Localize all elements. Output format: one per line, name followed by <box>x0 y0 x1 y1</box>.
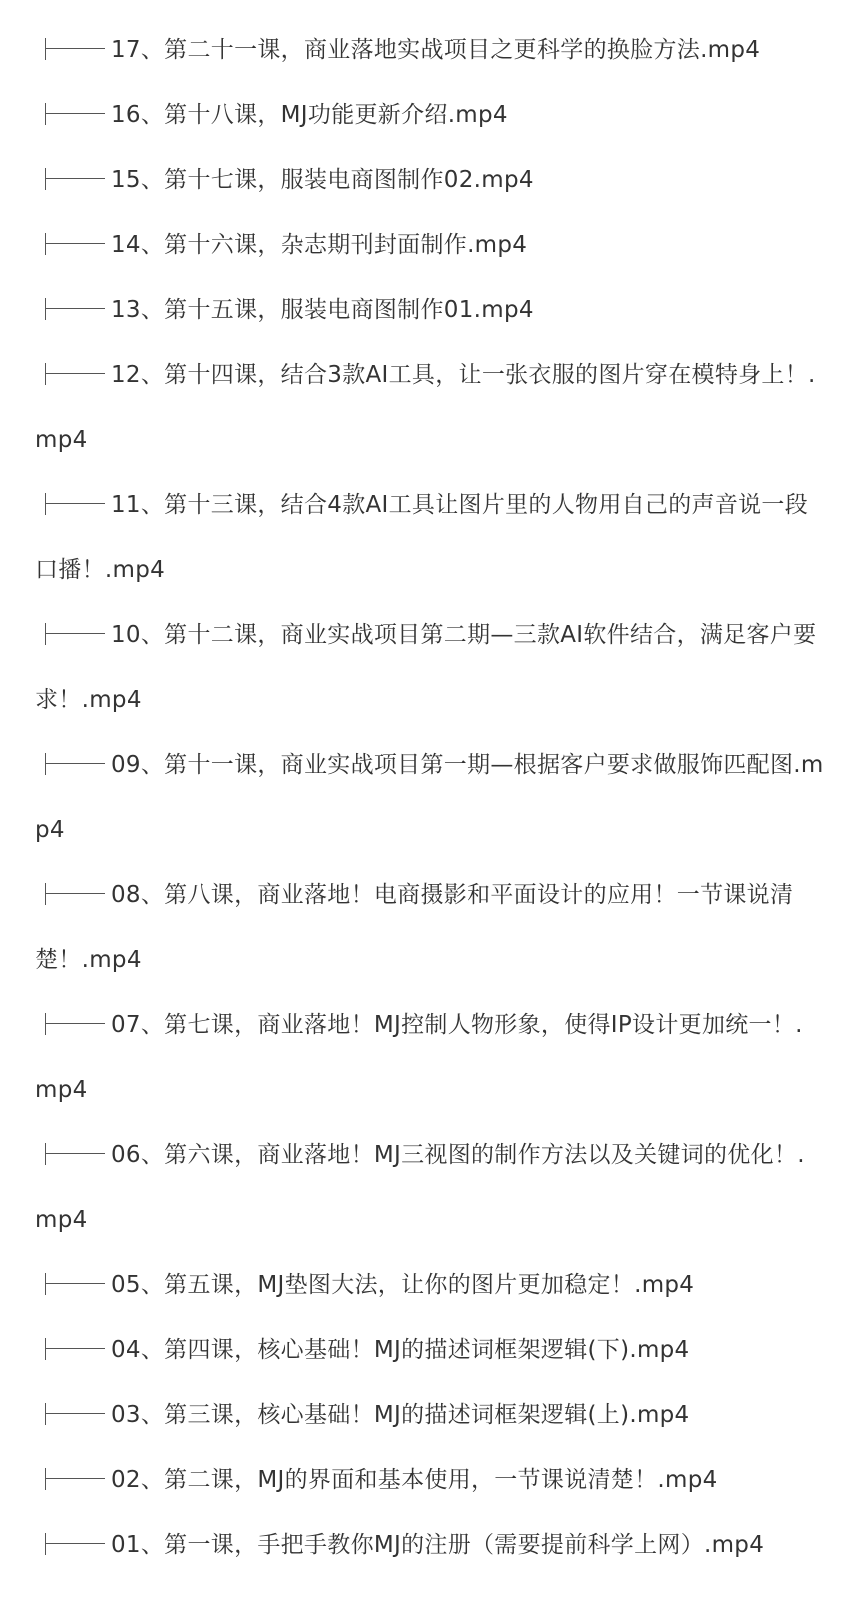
tree-branch-icon <box>35 1533 105 1555</box>
file-entry[interactable]: 15、第十七课，服装电商图制作02.mp4 <box>35 148 825 213</box>
file-name: 17、第二十一课，商业落地实战项目之更科学的换脸方法.mp4 <box>111 37 760 63</box>
file-name: 04、第四课，核心基础！MJ的描述词框架逻辑(下).mp4 <box>111 1337 690 1363</box>
file-name: 06、第六课，商业落地！MJ三视图的制作方法以及关键词的优化！.mp4 <box>35 1142 805 1233</box>
file-name: 13、第十五课，服装电商图制作01.mp4 <box>111 297 534 323</box>
file-entry[interactable]: 10、第十二课，商业实战项目第二期—三款AI软件结合，满足客户要求！.mp4 <box>35 603 825 733</box>
tree-branch-icon <box>35 493 105 515</box>
tree-branch-icon <box>35 1273 105 1295</box>
tree-branch-icon <box>35 1143 105 1165</box>
file-entry[interactable]: 02、第二课，MJ的界面和基本使用，一节课说清楚！.mp4 <box>35 1448 825 1513</box>
file-entry[interactable]: 12、第十四课，结合3款AI工具，让一张衣服的图片穿在模特身上！.mp4 <box>35 343 825 473</box>
tree-branch-icon <box>35 1338 105 1360</box>
tree-branch-icon <box>35 233 105 255</box>
file-entry[interactable]: 03、第三课，核心基础！MJ的描述词框架逻辑(上).mp4 <box>35 1383 825 1448</box>
file-tree-list: 17、第二十一课，商业落地实战项目之更科学的换脸方法.mp4 16、第十八课，M… <box>35 18 825 1578</box>
file-name: 10、第十二课，商业实战项目第二期—三款AI软件结合，满足客户要求！.mp4 <box>35 622 816 713</box>
tree-branch-icon <box>35 1468 105 1490</box>
file-entry[interactable]: 05、第五课，MJ垫图大法，让你的图片更加稳定！.mp4 <box>35 1253 825 1318</box>
tree-branch-icon <box>35 298 105 320</box>
file-name: 05、第五课，MJ垫图大法，让你的图片更加稳定！.mp4 <box>111 1272 694 1298</box>
file-entry[interactable]: 11、第十三课，结合4款AI工具让图片里的人物用自己的声音说一段口播！.mp4 <box>35 473 825 603</box>
file-entry[interactable]: 13、第十五课，服装电商图制作01.mp4 <box>35 278 825 343</box>
tree-branch-icon <box>35 38 105 60</box>
file-name: 14、第十六课，杂志期刊封面制作.mp4 <box>111 232 527 258</box>
file-name: 11、第十三课，结合4款AI工具让图片里的人物用自己的声音说一段口播！.mp4 <box>35 492 808 583</box>
file-entry[interactable]: 06、第六课，商业落地！MJ三视图的制作方法以及关键词的优化！.mp4 <box>35 1123 825 1253</box>
file-entry[interactable]: 16、第十八课，MJ功能更新介绍.mp4 <box>35 83 825 148</box>
file-entry[interactable]: 07、第七课，商业落地！MJ控制人物形象，使得IP设计更加统一！.mp4 <box>35 993 825 1123</box>
tree-branch-icon <box>35 1403 105 1425</box>
file-name: 08、第八课，商业落地！电商摄影和平面设计的应用！一节课说清楚！.mp4 <box>35 882 793 973</box>
tree-branch-icon <box>35 1013 105 1035</box>
file-entry[interactable]: 01、第一课，手把手教你MJ的注册（需要提前科学上网）.mp4 <box>35 1513 825 1578</box>
tree-branch-icon <box>35 103 105 125</box>
file-tree-page: 17、第二十一课，商业落地实战项目之更科学的换脸方法.mp4 16、第十八课，M… <box>0 0 858 1600</box>
tree-branch-icon <box>35 363 105 385</box>
file-name: 12、第十四课，结合3款AI工具，让一张衣服的图片穿在模特身上！.mp4 <box>35 362 816 453</box>
file-name: 07、第七课，商业落地！MJ控制人物形象，使得IP设计更加统一！.mp4 <box>35 1012 803 1103</box>
file-name: 03、第三课，核心基础！MJ的描述词框架逻辑(上).mp4 <box>111 1402 690 1428</box>
tree-branch-icon <box>35 168 105 190</box>
file-name: 15、第十七课，服装电商图制作02.mp4 <box>111 167 534 193</box>
tree-branch-icon <box>35 883 105 905</box>
file-entry[interactable]: 08、第八课，商业落地！电商摄影和平面设计的应用！一节课说清楚！.mp4 <box>35 863 825 993</box>
file-name: 16、第十八课，MJ功能更新介绍.mp4 <box>111 102 508 128</box>
file-name: 02、第二课，MJ的界面和基本使用，一节课说清楚！.mp4 <box>111 1467 718 1493</box>
tree-branch-icon <box>35 623 105 645</box>
file-name: 01、第一课，手把手教你MJ的注册（需要提前科学上网）.mp4 <box>111 1532 764 1558</box>
file-entry[interactable]: 14、第十六课，杂志期刊封面制作.mp4 <box>35 213 825 278</box>
file-entry[interactable]: 17、第二十一课，商业落地实战项目之更科学的换脸方法.mp4 <box>35 18 825 83</box>
tree-branch-icon <box>35 753 105 775</box>
file-name: 09、第十一课，商业实战项目第一期—根据客户要求做服饰匹配图.mp4 <box>35 752 824 843</box>
file-entry[interactable]: 09、第十一课，商业实战项目第一期—根据客户要求做服饰匹配图.mp4 <box>35 733 825 863</box>
file-entry[interactable]: 04、第四课，核心基础！MJ的描述词框架逻辑(下).mp4 <box>35 1318 825 1383</box>
